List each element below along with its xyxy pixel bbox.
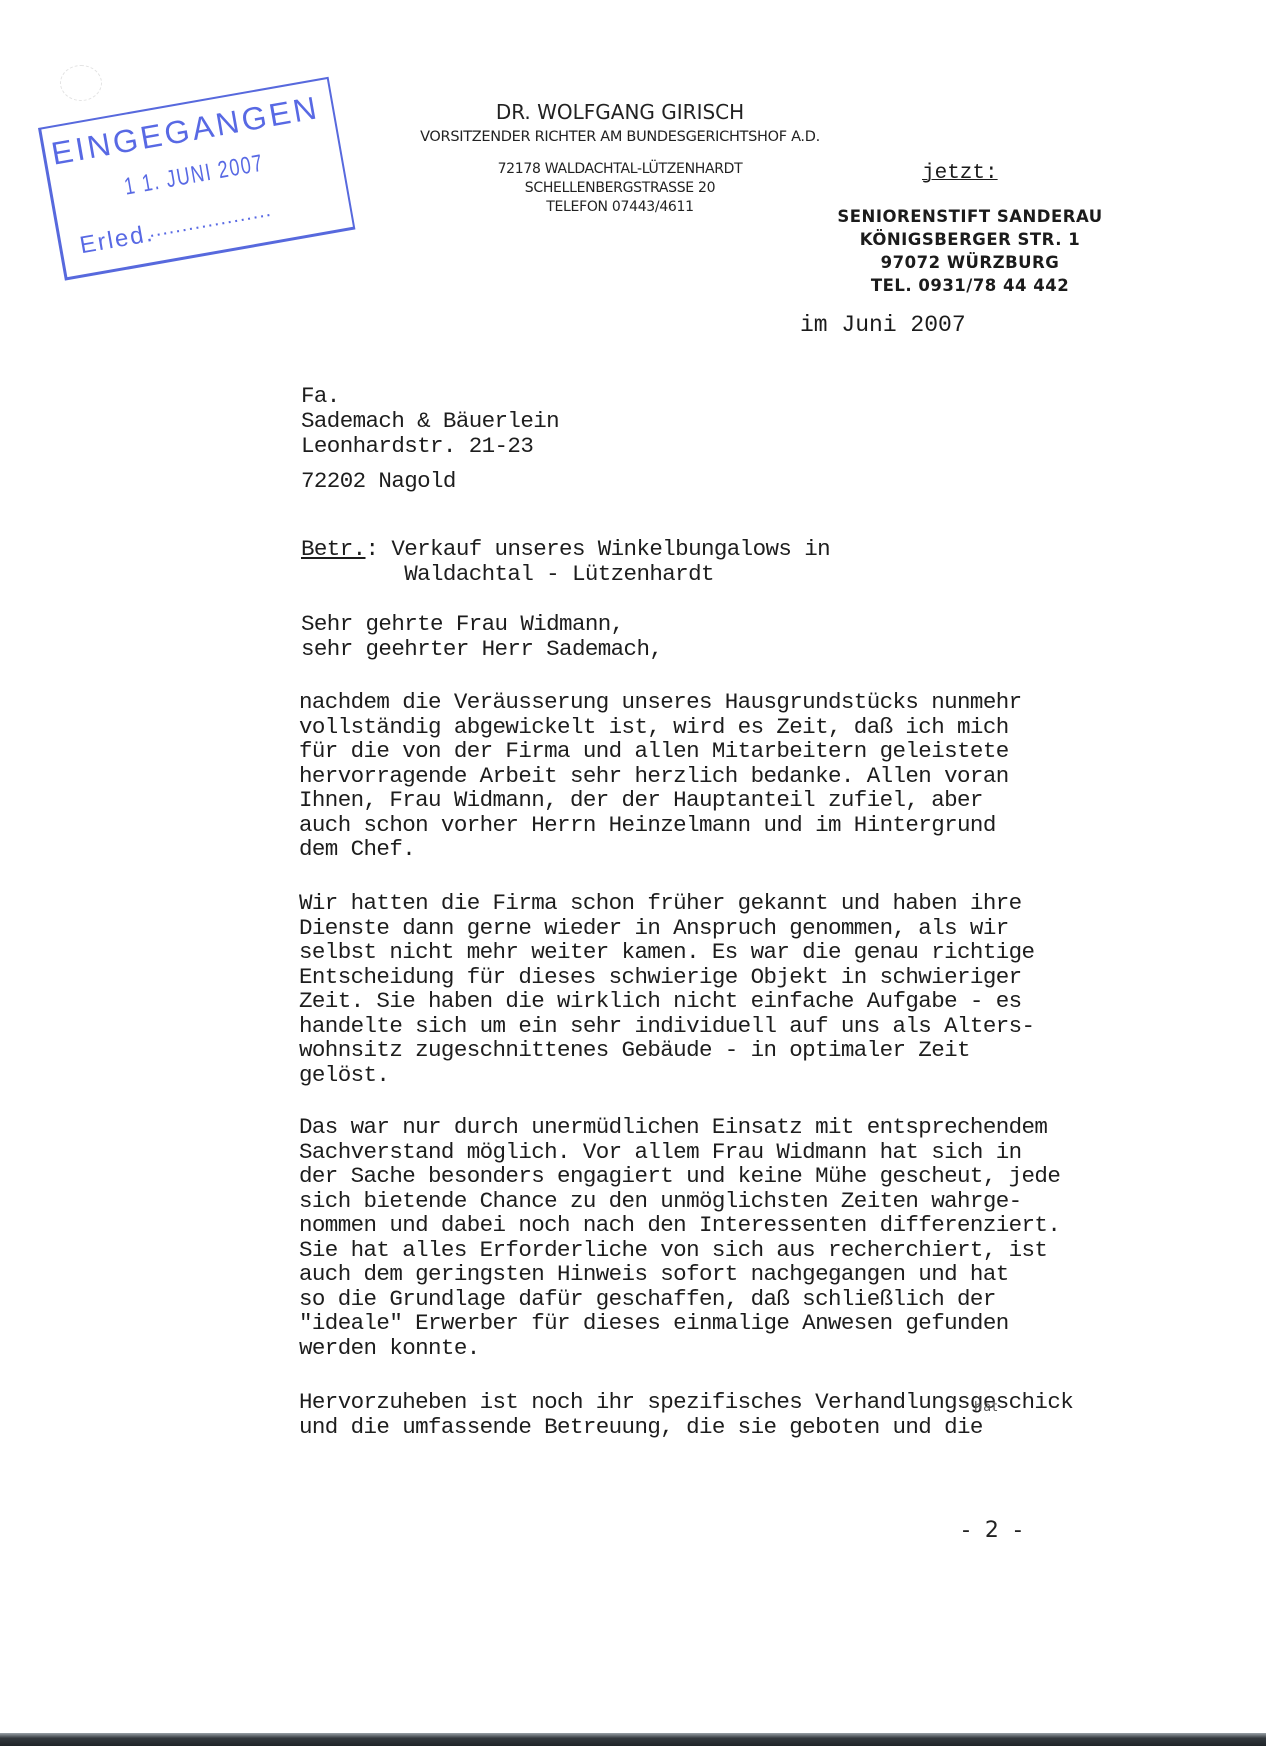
subject-line: Betr.: Verkauf unseres Winkelbungalows i… (301, 537, 830, 586)
letter-date: im Juni 2007 (800, 312, 966, 338)
recipient-line: Fa. (301, 383, 340, 409)
handwritten-correction: hat (974, 1400, 998, 1415)
subject-label: Betr. (301, 536, 366, 562)
received-stamp: EINGEGANGEN 1 1. JUNI 2007 Erled. ......… (38, 77, 355, 281)
recipient-address: Fa. Sademach & Bäuerlein Leonhardstr. 21… (301, 384, 559, 494)
body-paragraph: nachdem die Veräusserung unseres Hausgru… (299, 690, 1022, 862)
sender-address-line: 72178 WALDACHTAL-LÜTZENHARDT (360, 160, 880, 179)
new-address-line: KÖNIGSBERGER STR. 1 (820, 228, 1120, 251)
stamp-erled-label: Erled. (78, 220, 156, 261)
page-number: - 2 - (962, 1518, 1026, 1543)
salutation: Sehr gehrte Frau Widmann, sehr geehrter … (301, 612, 662, 661)
sender-phone: TELEFON 07443/4611 (360, 198, 880, 217)
stamp-title: EINGEGANGEN (49, 89, 323, 173)
stamp-date: 1 1. JUNI 2007 (122, 150, 266, 202)
sender-name: DR. WOLFGANG GIRISCH (360, 100, 880, 124)
stamp-erled-dots: ................... (147, 199, 274, 243)
recipient-line: Sademach & Bäuerlein (301, 408, 559, 434)
recipient-line: Leonhardstr. 21-23 (301, 433, 533, 459)
sender-address: 72178 WALDACHTAL-LÜTZENHARDT SCHELLENBER… (360, 160, 880, 217)
new-address: SENIORENSTIFT SANDERAU KÖNIGSBERGER STR.… (820, 205, 1120, 297)
new-address-line: 97072 WÜRZBURG (820, 251, 1120, 274)
new-address-label: jetzt: (922, 162, 998, 185)
body-paragraph: Wir hatten die Firma schon früher gekann… (299, 891, 1034, 1087)
new-address-line: SENIORENSTIFT SANDERAU (820, 205, 1120, 228)
letter-page: EINGEGANGEN 1 1. JUNI 2007 Erled. ......… (0, 0, 1266, 1746)
new-address-phone: TEL. 0931/78 44 442 (820, 274, 1120, 297)
sender-title: VORSITZENDER RICHTER AM BUNDESGERICHTSHO… (360, 129, 880, 145)
sender-address-line: SCHELLENBERGSTRASSE 20 (360, 179, 880, 198)
body-paragraph: Hervorzuheben ist noch ihr spezifisches … (299, 1390, 1073, 1439)
recipient-city: 72202 Nagold (301, 469, 559, 494)
subject-text: : Verkauf unseres Winkelbungalows in Wal… (301, 536, 830, 587)
scanner-edge (0, 1733, 1266, 1746)
body-paragraph: Das war nur durch unermüdlichen Einsatz … (299, 1115, 1060, 1360)
paper-mark (60, 65, 102, 101)
